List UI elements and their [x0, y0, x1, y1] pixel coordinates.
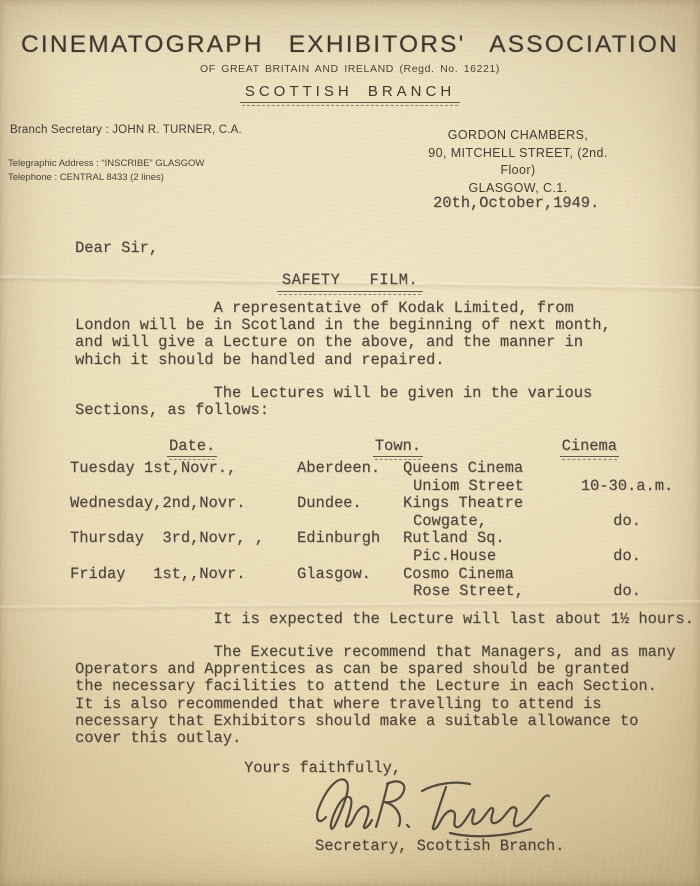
paragraph-lectures: The Lectures will be given in the variou…	[75, 385, 592, 419]
column-header-cinema: Cinema	[560, 438, 619, 457]
hour-cell	[567, 566, 687, 584]
spacer-cell	[297, 513, 403, 531]
cinema-cell: Kings Theatre	[403, 495, 567, 513]
branch-secretary-line: Branch Secretary : JOHN R. TURNER, C.A.	[10, 124, 242, 136]
spacer-cell	[70, 513, 297, 531]
spacer-cell	[297, 548, 403, 566]
cinema-cell: Rutland Sq.	[403, 530, 567, 548]
paragraph-executive-recommendation: The Executive recommend that Managers, a…	[75, 644, 675, 747]
hour-cell: 10-30.a.m.	[567, 478, 687, 496]
hour-cell	[567, 530, 687, 548]
subject-heading: SAFETY FILM.	[277, 272, 423, 292]
branch-heading: SCOTTISH BRANCH	[240, 83, 460, 103]
hour-cell	[567, 495, 687, 513]
date-cell: Wednesday,2nd,Novr.	[70, 495, 297, 513]
sender-address-block: GORDON CHAMBERS, 90, MITCHELL STREET, (2…	[420, 127, 616, 197]
branch-heading-row: SCOTTISH BRANCH	[0, 83, 700, 103]
spacer-cell	[70, 583, 297, 601]
date-cell: Tuesday 1st,Novr.,	[70, 460, 297, 478]
spacer-cell	[70, 478, 297, 496]
subject-row: SAFETY FILM.	[0, 271, 700, 292]
salutation: Dear Sir,	[75, 240, 158, 257]
hour-cell	[567, 460, 687, 478]
telegraphic-address-line: Telegraphic Address : “INSCRIBE” GLASGOW	[8, 158, 204, 169]
organization-subtitle: OF GREAT BRITAIN AND IRELAND (Regd. No. …	[0, 63, 700, 75]
fold-crease-lower	[0, 600, 700, 610]
telephone-line: Telephone : CENTRAL 8433 (2 lines)	[8, 172, 164, 183]
date-cell: Friday 1st,,Novr.	[70, 566, 297, 584]
handwritten-signature	[310, 772, 570, 838]
column-header-town: Town.	[373, 438, 423, 457]
lecture-schedule-table: Tuesday 1st,Novr., Aberdeen. Queens Cine…	[70, 460, 687, 601]
organization-name: CINEMATOGRAPH EXHIBITORS' ASSOCIATION	[0, 31, 700, 59]
date-cell: Thursday 3rd,Novr, ,	[70, 530, 297, 548]
address-line: GORDON CHAMBERS,	[420, 127, 616, 145]
hour-cell: do.	[567, 513, 687, 531]
letter-document: CINEMATOGRAPH EXHIBITORS' ASSOCIATION OF…	[0, 0, 700, 886]
spacer-cell	[70, 548, 297, 566]
signer-title: Secretary, Scottish Branch.	[315, 838, 564, 855]
cinema-street-cell: Uniom Street	[403, 478, 567, 496]
spacer-cell	[297, 478, 403, 496]
hour-cell: do.	[567, 548, 687, 566]
town-cell: Dundee.	[297, 495, 403, 513]
column-header-date: Date.	[167, 438, 217, 457]
cinema-cell: Cosmo Cinema	[403, 566, 567, 584]
town-cell: Aberdeen.	[297, 460, 403, 478]
address-line: 90, MITCHELL STREET, (2nd. Floor)	[420, 145, 616, 180]
cinema-street-cell: Pic.House	[403, 548, 567, 566]
town-cell: Edinburgh	[297, 530, 403, 548]
hour-cell: do.	[567, 583, 687, 601]
paragraph-duration: It is expected the Lecture will last abo…	[75, 611, 694, 628]
cinema-cell: Queens Cinema	[403, 460, 567, 478]
town-cell: Glasgow.	[297, 566, 403, 584]
spacer-cell	[297, 583, 403, 601]
cinema-street-cell: Cowgate,	[403, 513, 567, 531]
paragraph-kodak-intro: A representative of Kodak Limited, from …	[75, 300, 611, 369]
cinema-street-cell: Rose Street,	[403, 583, 567, 601]
letter-date: 20th,October,1949.	[433, 195, 599, 212]
